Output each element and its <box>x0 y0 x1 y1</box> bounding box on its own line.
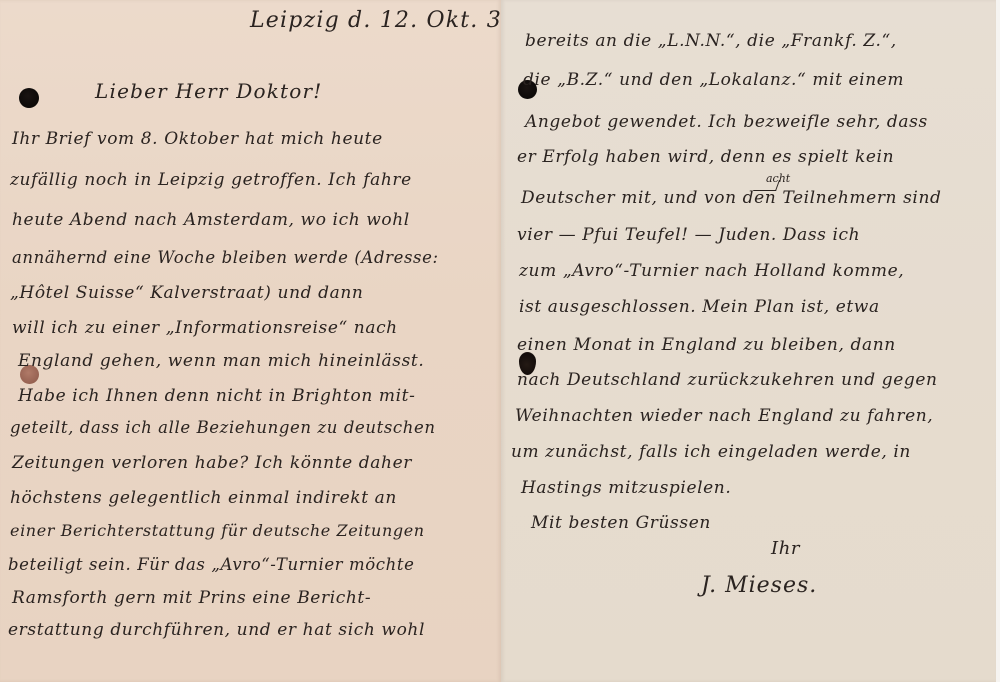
letter-spread: Leipzig d. 12. Okt. 38 Lieber Herr Dokto… <box>0 0 1000 682</box>
letter-page-right: bereits an die „L.N.N.“, die „Frankf. Z.… <box>501 0 996 682</box>
letter-line: zum „Avro“-Turnier nach Holland komme, <box>519 263 904 280</box>
letter-line: erstattung durchführen, und er hat sich … <box>8 622 425 639</box>
letter-line: Zeitungen verloren habe? Ich könnte dahe… <box>12 455 412 472</box>
letter-line: Ramsforth gern mit Prins eine Bericht- <box>12 590 371 607</box>
letter-line: England gehen, wenn man mich hineinlässt… <box>18 353 424 370</box>
page-edge <box>996 0 1000 682</box>
place-date: Leipzig d. 12. Okt. 38 <box>250 10 501 32</box>
letter-line: bereits an die „L.N.N.“, die „Frankf. Z.… <box>525 33 897 50</box>
salutation: Lieber Herr Doktor! <box>95 81 323 101</box>
letter-line: einen Monat in England zu bleiben, dann <box>517 337 896 354</box>
signature: J. Mieses. <box>701 575 817 597</box>
letter-line: die „B.Z.“ und den „Lokalanz.“ mit einem <box>523 72 904 89</box>
letter-line: vier — Pfui Teufel! — Juden. Dass ich <box>517 227 860 244</box>
letter-line: einer Berichterstattung für deutsche Zei… <box>10 523 425 539</box>
letter-line: nach Deutschland zurückzukehren und gege… <box>517 372 938 389</box>
letter-line: Angebot gewendet. Ich bezweifle sehr, da… <box>525 114 928 131</box>
closing-pronoun: Ihr <box>771 540 800 558</box>
letter-line: um zunächst, falls ich eingeladen werde,… <box>511 444 911 461</box>
letter-line: zufällig noch in Leipzig getroffen. Ich … <box>10 172 412 189</box>
letter-line: Weihnachten wieder nach England zu fahre… <box>515 408 933 425</box>
letter-line: er Erfolg haben wird, denn es spielt kei… <box>517 149 894 166</box>
closing-phrase: Mit besten Grüssen <box>531 515 711 532</box>
letter-line: beteiligt sein. Für das „Avro“-Turnier m… <box>8 557 414 574</box>
letter-line: ist ausgeschlossen. Mein Plan ist, etwa <box>519 299 880 316</box>
letter-line: annähernd eine Woche bleiben werde (Adre… <box>12 250 439 267</box>
punch-hole-top-left <box>19 88 39 108</box>
letter-page-left: Leipzig d. 12. Okt. 38 Lieber Herr Dokto… <box>0 0 501 682</box>
letter-line: will ich zu einer „Informationsreise“ na… <box>12 320 398 337</box>
letter-line: Hastings mitzuspielen. <box>521 480 731 497</box>
letter-line: Habe ich Ihnen denn nicht in Brighton mi… <box>18 388 415 405</box>
letter-line: höchstens gelegentlich einmal indirekt a… <box>10 490 397 507</box>
letter-line: heute Abend nach Amsterdam, wo ich wohl <box>12 212 410 229</box>
letter-line: Ihr Brief vom 8. Oktober hat mich heute <box>12 131 383 148</box>
letter-line: geteilt, dass ich alle Beziehungen zu de… <box>10 420 436 437</box>
letter-line: Deutscher mit, und von den Teilnehmern s… <box>521 190 942 207</box>
letter-line: „Hôtel Suisse“ Kalverstraat) und dann <box>10 285 363 302</box>
